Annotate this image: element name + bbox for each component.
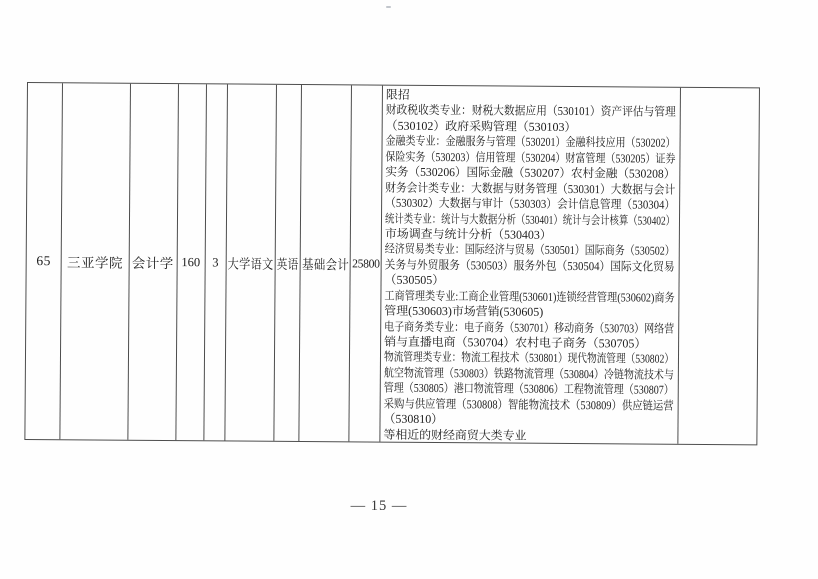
admission-scope-line: 金融类专业：金融服务与管理（530201）金融科技应用（530202） [386,134,630,151]
cell-plan-count: 160 [176,84,207,440]
table-row: 65 三亚学院 会计学 160 3 大学语文 英语 基础会计 25800 限招财… [24,82,760,445]
plan-count-value: 160 [181,255,200,270]
admission-scope-line: 管理（530805）港口物流管理（530806）工程物流管理（530807） [384,381,628,398]
admission-scope-line: 等相近的财经商贸大类专业 [383,427,673,444]
scanned-page: 65 三亚学院 会计学 160 3 大学语文 英语 基础会计 25800 限招财… [0,0,818,579]
page-number: — 15 — [0,498,758,515]
study-years-value: 3 [212,255,219,270]
cell-major: 会计学 [128,84,178,440]
scan-artifact-dot [386,6,391,8]
cell-tuition: 25800 [349,85,383,441]
admission-scope-line: 物流管理类专业：物流工程技术（530801）现代物流管理（530802） [384,350,619,367]
cell-seq: 65 [25,83,63,439]
admission-scope-line: 经济贸易类专业：国际经济与贸易（530501）国际商务（530502） [385,242,629,259]
admission-scope-text: 限招财政税收类专业：财税大数据应用（530101）资产评估与管理（530102）… [383,88,678,444]
exam-subject-2-value: 英语 [277,253,299,273]
cell-exam-subject-1: 大学语文 [226,84,277,440]
major-name: 会计学 [132,252,174,272]
tuition-value: 25800 [352,256,380,271]
exam-subject-3-value: 基础会计 [302,253,349,273]
cell-exam-subject-3: 基础会计 [300,85,352,441]
admission-scope-line: 电子商务类专业：电子商务（530701）移动商务（530703）网络营 [384,319,628,336]
cell-study-years: 3 [204,84,229,440]
cell-college: 三亚学院 [60,83,130,439]
admission-scope-line: 航空物流管理（530803）铁路物流管理（530804）冷链物流技术与 [384,365,628,382]
admission-scope-line: 保险实务（530203）信用管理（530204）财富管理（530205）证券 [385,149,629,166]
seq-value: 65 [36,253,51,269]
college-name: 三亚学院 [67,251,123,271]
admission-scope-line: 采购与供应管理（530808）智能物流技术（530809）供应链运营 [384,396,636,413]
exam-subject-1-value: 大学语文 [228,252,274,272]
admission-scope-line: 工商管理类专业:工商企业管理(530601)连锁经营管理(530602)商务 [384,288,631,305]
admission-scope-line: 统计类专业：统计与大数据分析（530401）统计与会计核算（530402） [385,211,613,228]
admissions-table: 65 三亚学院 会计学 160 3 大学语文 英语 基础会计 25800 限招财… [24,82,760,445]
cell-admission-scope: 限招财政税收类专业：财税大数据应用（530101）资产评估与管理（530102）… [380,86,681,444]
cell-exam-subject-2: 英语 [275,85,303,441]
cell-remark [679,88,759,445]
